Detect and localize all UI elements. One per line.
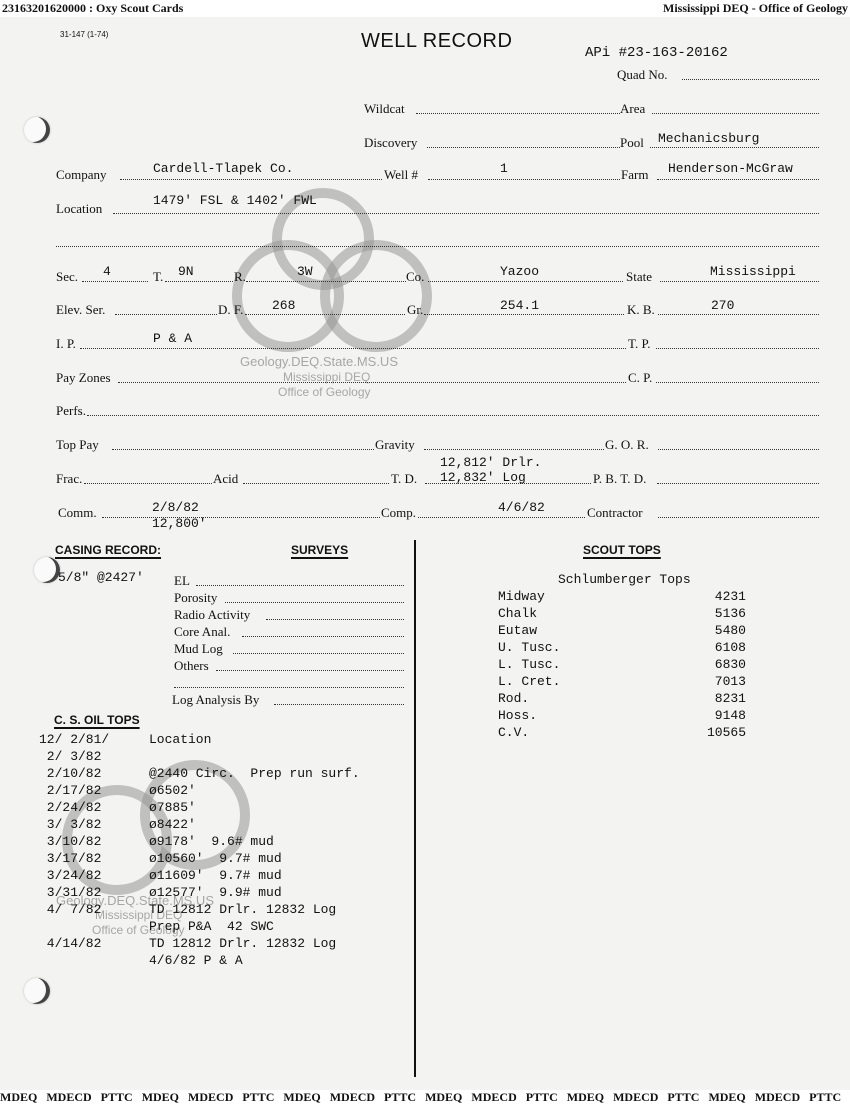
table-row: C.V.10565 xyxy=(498,725,746,740)
td-log-value: 12,832' Log xyxy=(440,470,526,485)
quad-no-label: Quad No. xyxy=(617,67,668,83)
acid-label: Acid xyxy=(213,471,238,487)
pool-label: Pool xyxy=(620,135,644,151)
comm-value: 2/8/82 xyxy=(152,500,199,515)
survey-core-anal-label: Core Anal. xyxy=(174,624,230,640)
list-item: 4/ 7/82TD 12812 Drlr. 12832 Log xyxy=(39,902,336,917)
contractor-field xyxy=(658,517,819,518)
table-row: L. Tusc.6830 xyxy=(498,657,746,672)
list-item: 3/17/82ø10560' 9.7# mud xyxy=(39,851,282,866)
frac-field xyxy=(84,483,212,484)
pool-field xyxy=(650,147,819,148)
table-row: U. Tusc.6108 xyxy=(498,640,746,655)
list-item: 12/ 2/81/Location xyxy=(39,732,211,747)
survey-log-analysis-label: Log Analysis By xyxy=(172,692,259,708)
wildcat-field xyxy=(416,113,620,114)
tp-label: T. P. xyxy=(628,336,651,352)
list-item: 4/6/82 P & A xyxy=(39,953,243,968)
survey-porosity-label: Porosity xyxy=(174,590,217,606)
cs-oil-tops-heading: C. S. OIL TOPS xyxy=(54,713,140,727)
acid-field xyxy=(243,483,389,484)
range-value: 3W xyxy=(297,264,313,279)
gr-value: 254.1 xyxy=(500,298,539,313)
list-item: 3/31/82ø12577' 9.9# mud xyxy=(39,885,282,900)
hole-punch-middle xyxy=(34,557,60,583)
document-id-title: 23163201620000 : Oxy Scout Cards xyxy=(2,1,183,16)
kb-label: K. B. xyxy=(627,302,655,318)
td-label: T. D. xyxy=(391,471,417,487)
location-label: Location xyxy=(56,201,102,217)
gr-label: Gr. xyxy=(407,302,423,318)
pay-zones-field xyxy=(118,382,626,383)
sec-field xyxy=(82,281,148,282)
kb-field xyxy=(658,314,819,315)
ip-value: P & A xyxy=(153,331,192,346)
state-label: State xyxy=(626,269,652,285)
survey-el-label: EL xyxy=(174,573,190,589)
table-row: Chalk5136 xyxy=(498,606,746,621)
table-row: Rod.8231 xyxy=(498,691,746,706)
scout-tops-subheading: Schlumberger Tops xyxy=(558,572,691,587)
range-label: R. xyxy=(234,269,246,285)
comp-value: 4/6/82 xyxy=(498,500,545,515)
table-row: Midway4231 xyxy=(498,589,746,604)
gravity-field xyxy=(424,449,604,450)
surveys-heading: SURVEYS xyxy=(291,543,348,557)
pool-value: Mechanicsburg xyxy=(658,131,759,146)
list-item: 2/24/82ø7885' xyxy=(39,800,196,815)
range-field xyxy=(246,281,406,282)
farm-label: Farm xyxy=(621,167,648,183)
quad-no-field xyxy=(682,79,819,80)
well-label: Well # xyxy=(384,167,418,183)
state-value: Mississippi xyxy=(710,264,796,279)
list-item: 2/10/82@2440 Circ. Prep run surf. xyxy=(39,766,360,781)
df-label: D. F. xyxy=(218,302,243,318)
township-label: T. xyxy=(153,269,163,285)
township-value: 9N xyxy=(178,264,194,279)
list-item: 2/ 3/82 xyxy=(39,749,149,764)
perfs-label: Perfs. xyxy=(56,403,86,419)
contractor-label: Contractor xyxy=(587,505,643,521)
list-item: 3/10/82ø9178' 9.6# mud xyxy=(39,834,274,849)
county-label: Co. xyxy=(406,269,424,285)
table-row: Eutaw5480 xyxy=(498,623,746,638)
page-title: WELL RECORD xyxy=(361,30,512,53)
header-bar: 23163201620000 : Oxy Scout Cards Mississ… xyxy=(0,0,850,17)
list-item: 3/24/82ø11609' 9.7# mud xyxy=(39,868,282,883)
list-item: 4/14/82TD 12812 Drlr. 12832 Log xyxy=(39,936,336,951)
wildcat-label: Wildcat xyxy=(364,101,405,117)
comm-depth-value: 12,800' xyxy=(152,516,207,531)
location-value: 1479' FSL & 1402' FWL xyxy=(153,193,317,208)
discovery-field xyxy=(427,147,620,148)
ip-label: I. P. xyxy=(56,336,76,352)
state-field xyxy=(660,281,819,282)
list-item: 2/17/82ø6502' xyxy=(39,783,196,798)
df-value: 268 xyxy=(272,298,295,313)
comm-label: Comm. xyxy=(58,505,97,521)
frac-label: Frac. xyxy=(56,471,82,487)
table-row: Hoss.9148 xyxy=(498,708,746,723)
tp-field xyxy=(656,348,819,349)
pbtd-field xyxy=(657,483,819,484)
agency-title: Mississippi DEQ - Office of Geology xyxy=(663,1,848,16)
area-field xyxy=(652,113,819,114)
comm-field xyxy=(102,517,380,518)
area-label: Area xyxy=(620,101,645,117)
gor-field xyxy=(658,449,819,450)
cp-label: C. P. xyxy=(628,370,652,386)
footer-bar: MDEQMDECDPTTCMDEQMDECDPTTCMDEQMDECDPTTCM… xyxy=(0,1090,850,1108)
county-value: Yazoo xyxy=(500,264,539,279)
hole-punch-bottom xyxy=(24,978,50,1004)
gravity-label: Gravity xyxy=(375,437,415,453)
section-divider xyxy=(414,540,416,1077)
perfs-field xyxy=(87,415,819,416)
comp-field xyxy=(418,517,585,518)
elev-ser-label: Elev. Ser. xyxy=(56,302,105,318)
pay-zones-label: Pay Zones xyxy=(56,370,111,386)
kb-value: 270 xyxy=(711,298,734,313)
survey-mud-log-label: Mud Log xyxy=(174,641,223,657)
list-item: 3/ 3/82ø8422' xyxy=(39,817,196,832)
table-row: L. Cret.7013 xyxy=(498,674,746,689)
watermark-url: Geology.DEQ.State.MS.US xyxy=(240,354,398,369)
gor-label: G. O. R. xyxy=(605,437,649,453)
td-driller-value: 12,812' Drlr. xyxy=(440,455,541,470)
df-field xyxy=(245,314,405,315)
api-number: APi #23-163-20162 xyxy=(585,45,728,61)
cp-field xyxy=(656,382,819,383)
top-pay-field xyxy=(112,449,374,450)
location-field-line2 xyxy=(56,246,819,247)
casing-record-heading: CASING RECORD: xyxy=(55,543,161,557)
hole-punch-top xyxy=(24,117,50,143)
company-value: Cardell-Tlapek Co. xyxy=(153,161,293,176)
well-field xyxy=(428,179,620,180)
farm-field xyxy=(657,179,819,180)
comp-label: Comp. xyxy=(381,505,416,521)
form-number: 31-147 (1-74) xyxy=(60,30,108,39)
casing-record-entry: 5/8" @2427' xyxy=(58,570,144,585)
location-field xyxy=(113,213,819,214)
list-item: Prep P&A 42 SWC xyxy=(39,919,274,934)
survey-others-label: Others xyxy=(174,658,209,674)
sec-value: 4 xyxy=(103,264,111,279)
top-pay-label: Top Pay xyxy=(56,437,99,453)
farm-value: Henderson-McGraw xyxy=(668,161,793,176)
discovery-label: Discovery xyxy=(364,135,417,151)
sec-label: Sec. xyxy=(56,269,78,285)
survey-radio-activity-label: Radio Activity xyxy=(174,607,250,623)
watermark-office: Office of Geology xyxy=(278,385,371,399)
pbtd-label: P. B. T. D. xyxy=(593,471,646,487)
elev-ser-field xyxy=(115,314,217,315)
company-label: Company xyxy=(56,167,107,183)
gr-field xyxy=(424,314,624,315)
county-field xyxy=(428,281,623,282)
scout-tops-heading: SCOUT TOPS xyxy=(583,543,661,557)
well-value: 1 xyxy=(500,161,508,176)
township-field xyxy=(165,281,233,282)
company-field xyxy=(120,179,382,180)
ip-field xyxy=(80,348,626,349)
